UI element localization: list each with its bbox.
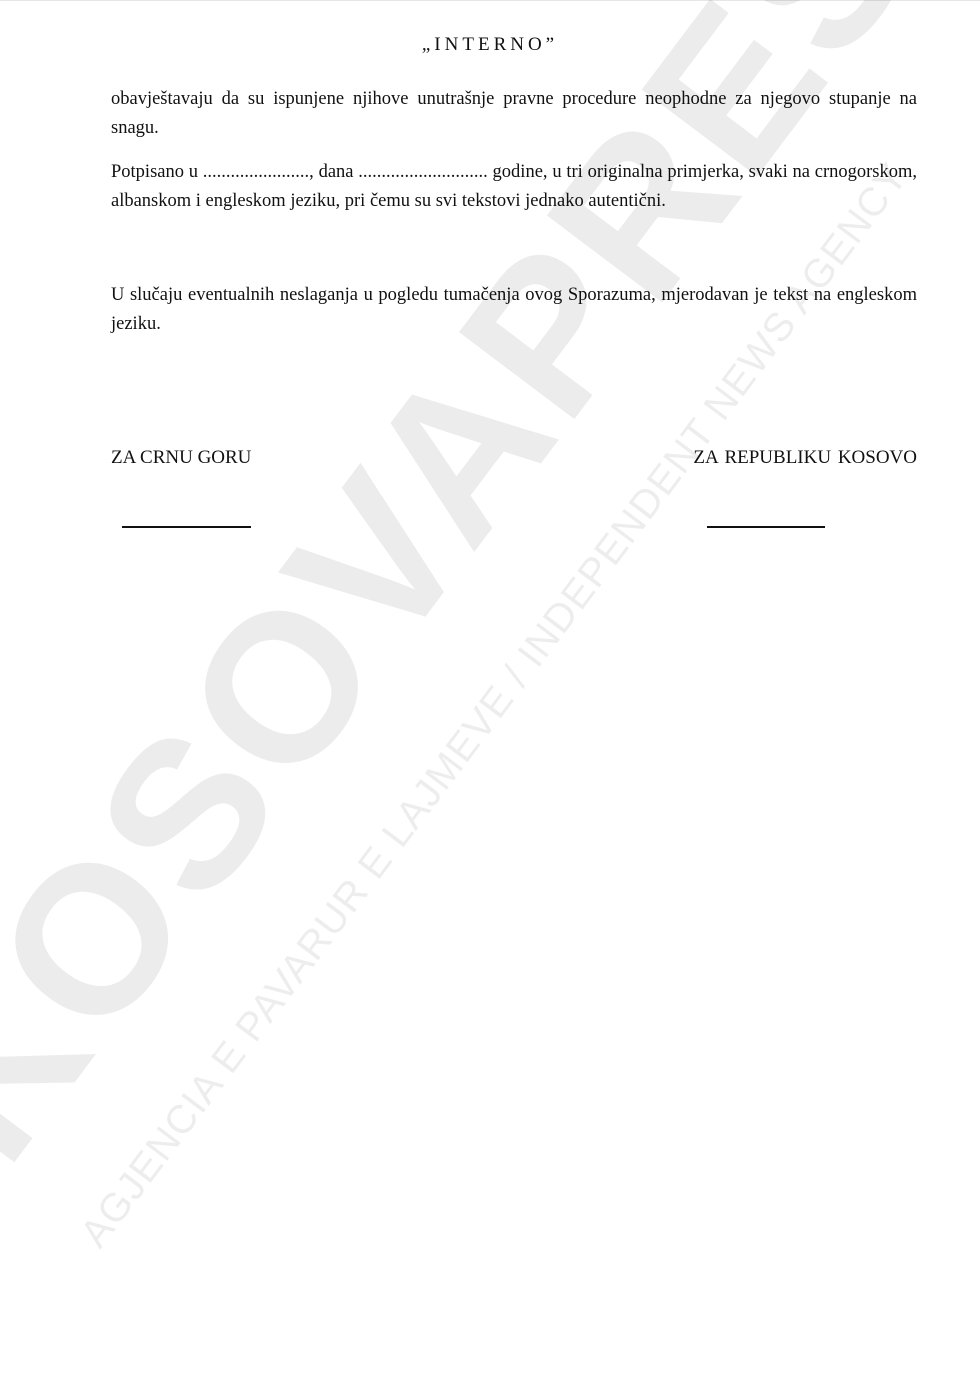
signature-line-montenegro [122, 526, 251, 528]
paragraph-entry-into-force: obavještavaju da su ispunjene njihove un… [111, 85, 917, 143]
classification-header: „INTERNO” [0, 34, 980, 56]
paragraph-interpretation: U slučaju eventualnih neslaganja u pogle… [111, 281, 917, 339]
paragraph-signing: Potpisano u ......................., dan… [111, 158, 917, 216]
signature-line-kosovo [707, 526, 825, 528]
signatory-montenegro: ZA CRNU GORU [111, 447, 251, 469]
document-page: „INTERNO” obavještavaju da su ispunjene … [0, 0, 980, 1393]
signatory-kosovo: ZA REPUBLIKU KOSOVO [693, 447, 917, 469]
